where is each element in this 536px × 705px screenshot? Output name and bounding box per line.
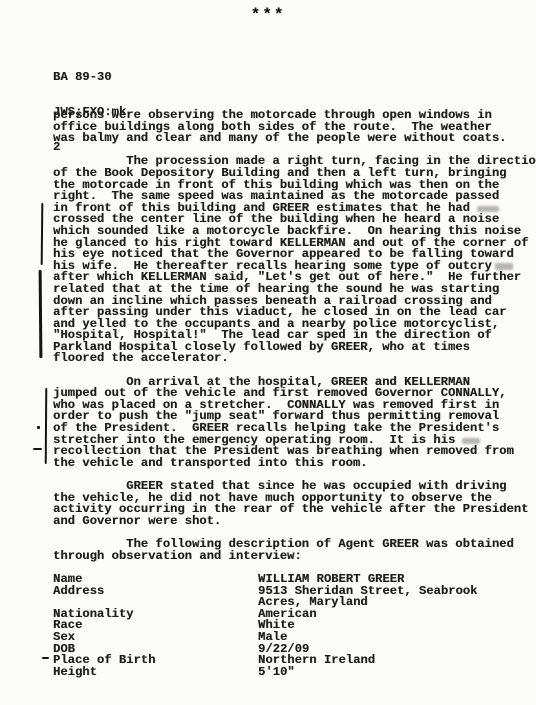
field-value: 9513 Sheridan Street, Seabrook Acres, Ma… — [258, 586, 477, 609]
margin-pen-line-3 — [45, 388, 48, 464]
field-label: Sex — [53, 632, 258, 644]
description-list: Name WILLIAM ROBERT GREER Address 9513 S… — [53, 574, 477, 678]
field-value: 5'10" — [258, 667, 295, 679]
ink-smudge-2 — [495, 263, 513, 270]
margin-pen-dash-2 — [42, 657, 49, 659]
field-label: Nationality — [53, 609, 258, 621]
page-separator-asterisks: *** — [0, 6, 536, 24]
scanned-document-page: *** BA 89-30 JWS;FXO:mk 2 persons were o… — [0, 0, 536, 705]
report-body-text: persons were observing the motorcade thr… — [53, 110, 536, 562]
description-row-address: Address 9513 Sheridan Street, Seabrook A… — [53, 586, 477, 609]
margin-pen-line-2 — [39, 270, 43, 358]
field-label: Race — [53, 620, 258, 632]
field-label: Address — [53, 586, 258, 609]
ink-smudge-3 — [462, 438, 480, 444]
ink-smudge-1 — [477, 206, 499, 212]
description-row-height: Height 5'10" — [53, 667, 477, 679]
file-number: BA 89-30 — [53, 72, 126, 84]
field-label: Height — [53, 667, 258, 679]
margin-pen-line-1 — [41, 203, 44, 265]
margin-pen-dot — [37, 426, 40, 429]
margin-pen-dash-1 — [33, 448, 42, 450]
